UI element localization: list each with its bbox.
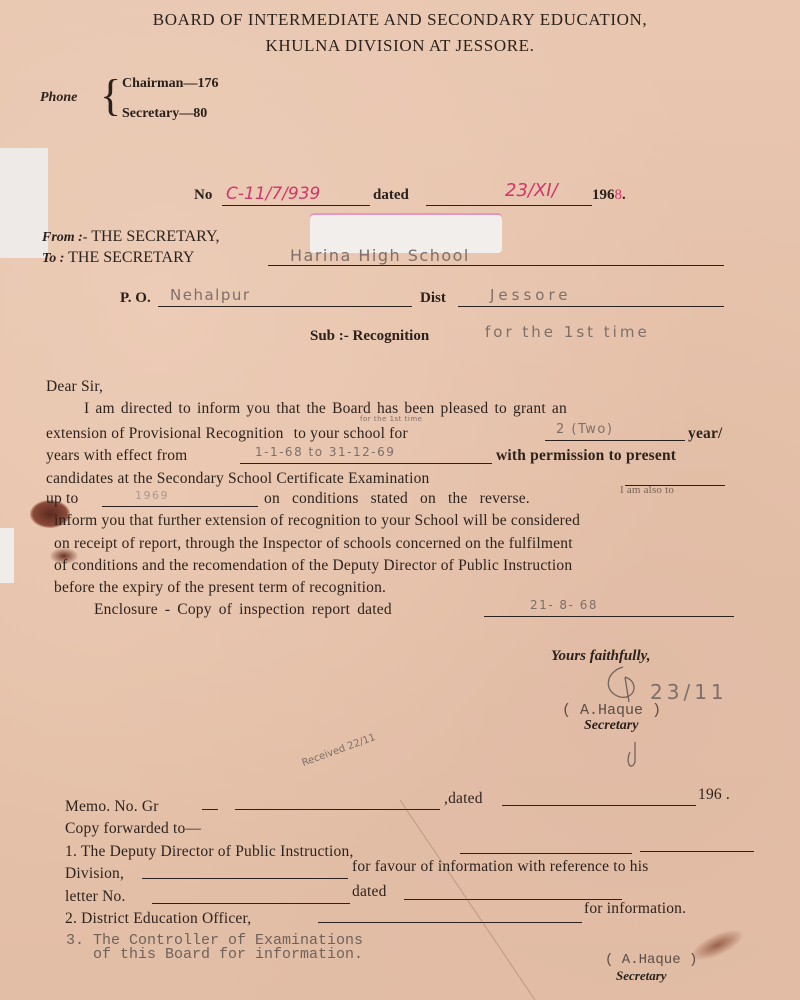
to-label: To : xyxy=(42,251,64,266)
line2-part-c: year/ xyxy=(688,425,723,443)
dist-label: Dist xyxy=(420,290,446,307)
letter-line-2: extension of Provisional Recognition to … xyxy=(46,425,408,443)
enclosure-date: 21- 8- 68 xyxy=(530,598,598,612)
to-school-name: Harina High School xyxy=(290,246,470,265)
to-value: THE SECRETARY xyxy=(68,249,194,266)
copy-forwarded: Copy forwarded to— xyxy=(65,820,201,838)
signature-date: 23/11 xyxy=(650,680,728,704)
letter-line-9: before the expiry of the present term of… xyxy=(54,579,386,597)
phone-chairman: Chairman—176 xyxy=(122,76,218,92)
fold-crease xyxy=(400,800,540,1000)
org-title-line2: KHULNA DIVISION AT JESSORE. xyxy=(0,36,800,56)
letter-line-7: on receipt of report, through the Inspec… xyxy=(54,535,573,553)
year-printed: 196 xyxy=(592,187,615,203)
upto-value: 1969 xyxy=(135,489,169,502)
line3-part-b: with permission to present xyxy=(496,447,676,465)
memo-sign-title: Secretary xyxy=(616,968,667,984)
from-line: From :- THE SECRETARY, xyxy=(42,228,219,246)
signatory-name: ( A.Haque ) xyxy=(562,702,661,719)
torn-patch-left xyxy=(0,148,48,258)
letter-line-8: of conditions and the recomendation of t… xyxy=(54,557,572,575)
enclosure-label: Enclosure - Copy of inspection report da… xyxy=(94,601,392,619)
memo-item-1-dated: dated xyxy=(352,883,387,901)
letter-line-1: I am directed to inform you that the Boa… xyxy=(84,400,567,418)
memo-item-2: 2. District Education Officer, xyxy=(65,910,251,928)
year-handwritten: 8 xyxy=(615,187,623,203)
torn-patch-left-lower xyxy=(0,528,14,583)
signatory-title: Secretary xyxy=(584,718,638,734)
received-note: Received 22/11 xyxy=(300,732,377,769)
ref-year: 1968. xyxy=(592,187,626,204)
subject-label: Sub :- xyxy=(310,328,349,344)
ref-dated-label: dated xyxy=(373,187,409,204)
line5-part-c: I am also to xyxy=(620,484,674,496)
year-suffix: . xyxy=(622,187,626,203)
letter-line-6: inform you that further extension of rec… xyxy=(54,512,580,530)
memo-item-2-info: for information. xyxy=(584,900,686,918)
memo-item-3-line2: of this Board for information. xyxy=(66,946,363,963)
memo-sign-name: ( A.Haque ) xyxy=(605,952,697,968)
brace-glyph: { xyxy=(100,74,121,118)
from-value: THE SECRETARY, xyxy=(91,228,219,245)
line5-part-a: up to xyxy=(46,490,78,508)
to-line: To : THE SECRETARY xyxy=(42,249,194,267)
subject-line: Sub :- Recognition xyxy=(310,328,429,345)
line2-part-a: extension of Provisional Recognition xyxy=(46,425,284,442)
salutation: Dear Sir, xyxy=(46,378,103,396)
ref-no-label: No xyxy=(194,187,212,204)
subject-handwritten: for the 1st time xyxy=(485,323,650,341)
ref-no-value: C-11/7/939 xyxy=(226,184,320,204)
memo-label: Memo. No. Gr xyxy=(65,798,159,816)
document-page: BOARD OF INTERMEDIATE AND SECONDARY EDUC… xyxy=(0,0,800,1000)
po-label: P. O. xyxy=(120,290,151,307)
from-label: From :- xyxy=(42,230,88,245)
letter-line-4: candidates at the Secondary School Certi… xyxy=(46,470,429,488)
subject-value: Recognition xyxy=(353,328,430,344)
po-value: Nehalpur xyxy=(170,286,251,304)
phone-label: Phone xyxy=(40,90,77,106)
line3-part-a: years with effect from xyxy=(46,447,187,465)
memo-item-1-division: Division, xyxy=(65,865,124,883)
memo-item-1: 1. The Deputy Director of Public Instruc… xyxy=(65,843,354,861)
line2-part-b: to your school for xyxy=(294,425,408,442)
line2-insert-note: for the 1st time xyxy=(360,415,422,423)
dist-value: Jessore xyxy=(490,286,572,304)
memo-item-1-letter: letter No. xyxy=(65,888,126,906)
effect-dates-value: 1-1-68 to 31-12-69 xyxy=(255,445,395,459)
line5-part-b: on conditions stated on the reverse. xyxy=(264,490,530,508)
ref-date-value: 23/XI/ xyxy=(505,180,558,201)
years-value: 2 (Two) xyxy=(556,422,613,437)
phone-secretary: Secretary—80 xyxy=(122,106,207,122)
org-title-line1: BOARD OF INTERMEDIATE AND SECONDARY EDUC… xyxy=(0,10,800,30)
memo-year: 196 . xyxy=(698,786,730,804)
